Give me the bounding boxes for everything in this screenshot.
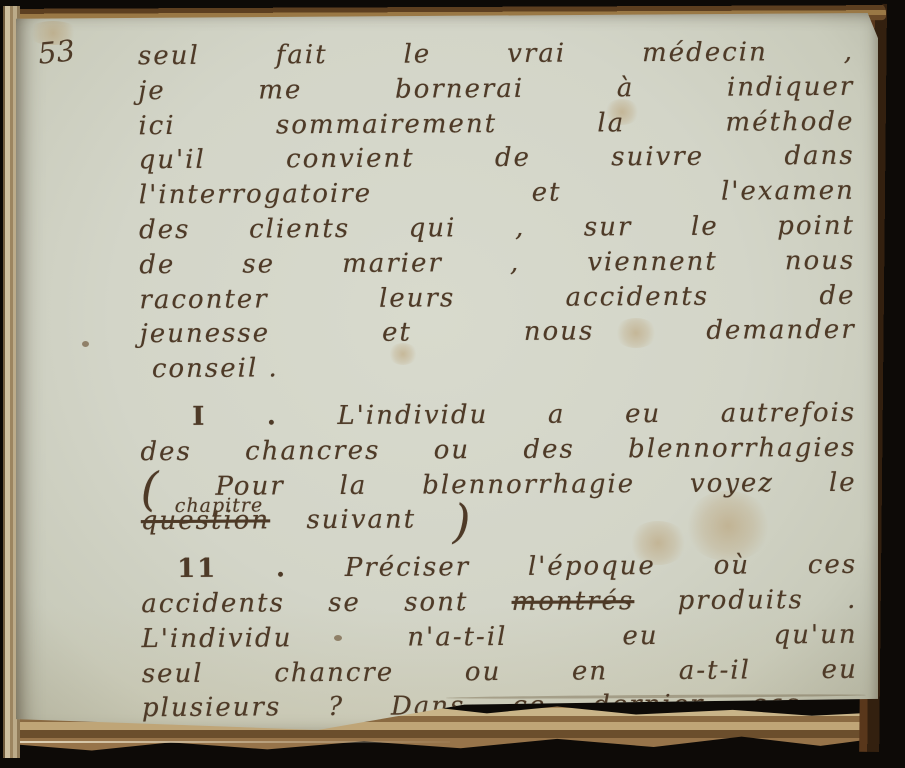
correction-wrap: questionchapitre bbox=[141, 506, 270, 537]
manuscript-line: seul fait le vrai médecin , bbox=[138, 35, 854, 74]
manuscript-line-correction: questionchapitre suivant ) bbox=[141, 500, 857, 539]
line-text: produits . bbox=[677, 585, 857, 616]
manuscript-line: jeunesse et nous demander bbox=[140, 313, 856, 352]
page-stack-highlight bbox=[20, 741, 450, 743]
close-paren: ) bbox=[452, 495, 472, 549]
manuscript-line: l'interrogatoire et l'examen bbox=[139, 174, 855, 213]
manuscript-line: je me bornerai à indiquer bbox=[138, 70, 854, 109]
manuscript-line: raconter leurs accidents de bbox=[139, 278, 855, 317]
section1-text: L'individu a eu autrefois bbox=[337, 398, 856, 431]
manuscript-page: 53 seul fait le vrai médecin , je me bor… bbox=[16, 13, 878, 735]
manuscript-photo: 53 seul fait le vrai médecin , je me bor… bbox=[0, 0, 905, 768]
manuscript-line-section1-heading: I . L'individu a eu autrefois bbox=[140, 396, 856, 435]
manuscript-line: seul chancre ou en a-t-il eu bbox=[142, 652, 858, 691]
line-text: accidents se sont bbox=[141, 587, 468, 619]
ink-speck bbox=[82, 341, 89, 347]
manuscript-line: de se marier , viennent nous bbox=[139, 244, 855, 283]
page-number: 53 bbox=[36, 33, 76, 71]
manuscript-line: qu'il convient de suivre dans bbox=[139, 139, 855, 178]
handwritten-text: seul fait le vrai médecin , je me borner… bbox=[138, 35, 858, 727]
parenthetical-text: Pour la blennorrhagie voyez le bbox=[215, 467, 856, 501]
section2-numeral: 11 . bbox=[177, 553, 287, 584]
manuscript-line: conseil . bbox=[140, 348, 856, 387]
manuscript-line: ici sommairement la méthode bbox=[138, 104, 854, 143]
parenthetical-tail: suivant bbox=[306, 505, 416, 536]
manuscript-line: L'individu n'a-t-il eu qu'un bbox=[141, 618, 857, 657]
section1-numeral: I . bbox=[192, 401, 278, 432]
struck-word: montrés bbox=[512, 586, 635, 617]
inserted-word: chapitre bbox=[175, 489, 264, 524]
manuscript-line: des chancres ou des blennorrhagies bbox=[140, 431, 856, 470]
manuscript-line-section2-heading: 11 . Préciser l'époque où ces bbox=[141, 548, 857, 587]
manuscript-line-correction: accidents se sont montrés produits . bbox=[141, 583, 857, 622]
section2-text: Préciser l'époque où ces bbox=[345, 550, 858, 583]
manuscript-line: des clients qui , sur le point bbox=[139, 209, 855, 248]
